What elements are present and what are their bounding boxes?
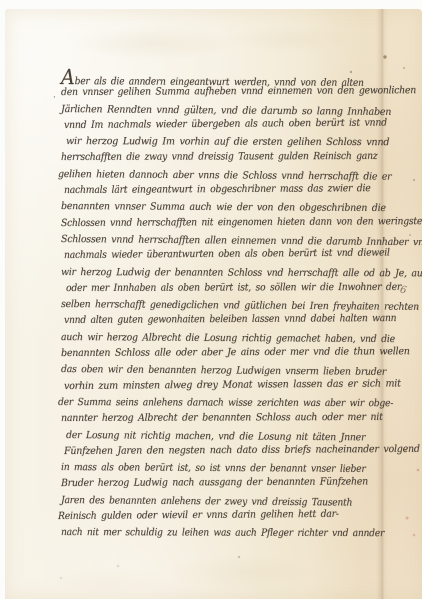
manuscript-line: Bruder herzog Ludwig nach aussgang der b… (61, 475, 370, 493)
manuscript-line: nachmals wieder überantwurten oben als o… (64, 246, 365, 265)
manuscript-line: vnnd alten guten gewonhaiten beleiben la… (64, 312, 363, 330)
manuscript-line: Reinisch gulden oder wievil er vnns dari… (58, 507, 366, 526)
manuscript-line: den vnnser gelihen Summa aufheben vnnd e… (61, 84, 367, 102)
manuscript-line: nannter herzog Albrecht der benannten Sc… (61, 410, 372, 427)
manuscript-line: nachmals lärt eingeantwurt in obgeschrib… (64, 181, 367, 199)
scanned-page: Aber als die anndern eingeantwurt werden… (0, 0, 422, 599)
ink-showthrough-smudge (65, 23, 365, 63)
text-block: Aber als die anndern eingeantwurt werden… (61, 69, 393, 542)
manuscript-line: herrschafften die zway vnnd dreissig Tau… (61, 149, 365, 166)
manuscript-line: Schlossen vnnd herrschafften nit eingeno… (61, 214, 363, 232)
manuscript-line: vorhin zum minsten alweg drey Monat wiss… (64, 376, 376, 395)
manuscript-line: Fünfzehen Jaren den negsten nach dato di… (64, 442, 374, 460)
manuscript-paper: Aber als die anndern eingeantwurt werden… (5, 9, 422, 599)
margin-mark: 6 (399, 285, 407, 297)
manuscript-line: benannten Schloss alle oder aber Je ains… (61, 344, 374, 362)
margin-dot: · (53, 93, 56, 103)
manuscript-line: vnnd Im nachmals wieder übergeben als au… (64, 115, 369, 134)
manuscript-line: nach nit mer schuldig zu leihen was auch… (61, 525, 361, 542)
manuscript-line: oder mer Innhaben als oben berürt ist, s… (66, 280, 366, 297)
foxing-specks (5, 9, 7, 11)
ink-showthrough-smudge (45, 554, 385, 599)
